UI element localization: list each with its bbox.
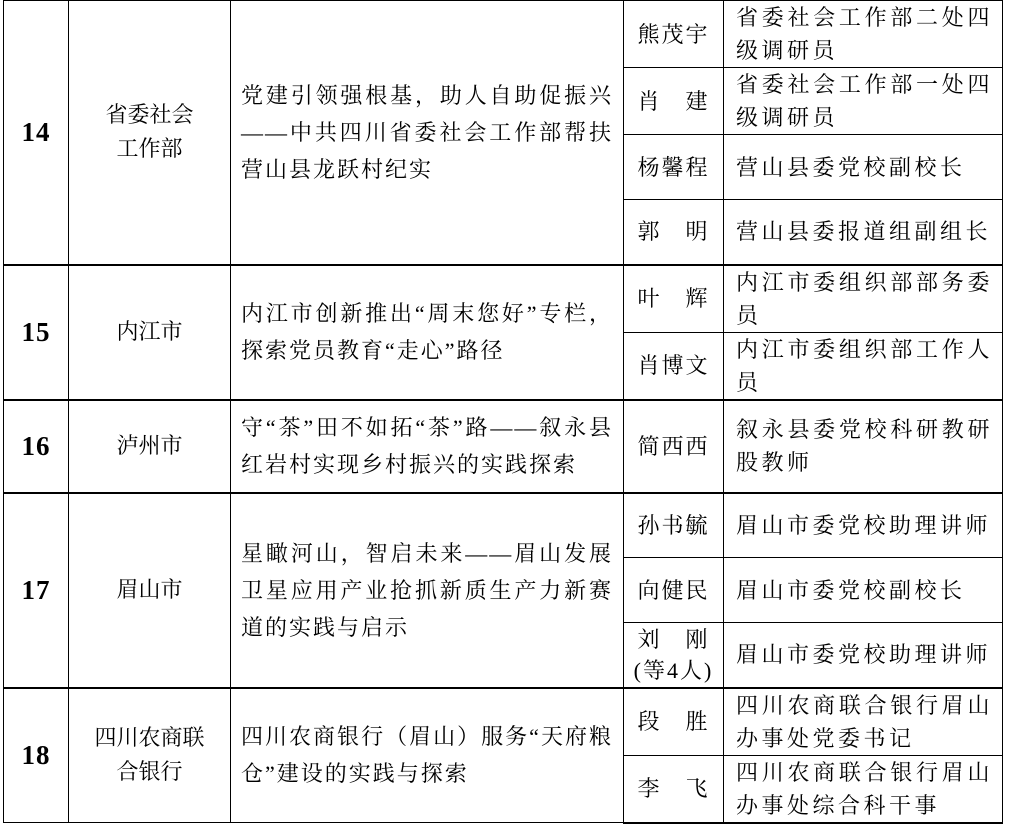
name-line: 熊茂宇: [626, 19, 721, 50]
award-table-body: 14省委社会工作部党建引领强根基，助人自助促振兴——中共四川省委社会工作部帮扶营…: [4, 1, 1003, 823]
name-cell: 肖 建: [624, 68, 724, 135]
position-cell: 眉山市委党校助理讲师: [724, 623, 1003, 688]
position-cell: 眉山市委党校副校长: [724, 558, 1003, 623]
name-cell: 李 飞: [624, 755, 724, 823]
org-line: 内江市: [73, 315, 226, 349]
name-line: 段 胜: [626, 706, 721, 737]
table-row: 14省委社会工作部党建引领强根基，助人自助促振兴——中共四川省委社会工作部帮扶营…: [4, 1, 1003, 68]
position-cell: 营山县委党校副校长: [724, 135, 1003, 200]
name-line: 简西西: [626, 431, 721, 462]
title-cell: 内江市创新推出“周末您好”专栏，探索党员教育“走心”路径: [231, 265, 624, 400]
document-table-region: 14省委社会工作部党建引领强根基，助人自助促振兴——中共四川省委社会工作部帮扶营…: [3, 0, 1003, 824]
name-line: 刘 刚: [626, 624, 721, 655]
title-cell: 党建引领强根基，助人自助促振兴——中共四川省委社会工作部帮扶营山县龙跃村纪实: [231, 1, 624, 265]
name-cell: 熊茂宇: [624, 1, 724, 68]
org-cell: 眉山市: [69, 493, 231, 688]
row-number: 16: [4, 400, 69, 493]
name-cell: 简西西: [624, 400, 724, 493]
org-cell: 内江市: [69, 265, 231, 400]
org-line: 工作部: [73, 132, 226, 166]
name-line: 郭 明: [626, 216, 721, 247]
position-cell: 省委社会工作部一处四级调研员: [724, 68, 1003, 135]
name-line: 叶 辉: [626, 283, 721, 314]
name-line: 肖 建: [626, 86, 721, 117]
org-cell: 四川农商联合银行: [69, 688, 231, 823]
position-cell: 叙永县委党校科研教研股教师: [724, 400, 1003, 493]
row-number: 17: [4, 493, 69, 688]
name-cell: 孙书毓: [624, 493, 724, 558]
row-number: 18: [4, 688, 69, 823]
position-cell: 内江市委组织部工作人员: [724, 332, 1003, 400]
name-cell: 刘 刚(等4人): [624, 623, 724, 688]
name-cell: 郭 明: [624, 200, 724, 265]
org-line: 眉山市: [73, 573, 226, 607]
name-line: 杨馨程: [626, 152, 721, 183]
award-table: 14省委社会工作部党建引领强根基，助人自助促振兴——中共四川省委社会工作部帮扶营…: [3, 0, 1003, 824]
name-line: 肖博文: [626, 350, 721, 381]
org-line: 合银行: [73, 755, 226, 789]
title-cell: 四川农商银行（眉山）服务“天府粮仓”建设的实践与探索: [231, 688, 624, 823]
position-cell: 四川农商联合银行眉山办事处综合科干事: [724, 755, 1003, 823]
position-cell: 眉山市委党校助理讲师: [724, 493, 1003, 558]
table-row: 18四川农商联合银行四川农商银行（眉山）服务“天府粮仓”建设的实践与探索段 胜四…: [4, 688, 1003, 756]
row-number: 14: [4, 1, 69, 265]
name-line: (等4人): [626, 655, 721, 686]
org-line: 泸州市: [73, 429, 226, 463]
org-cell: 省委社会工作部: [69, 1, 231, 265]
table-row: 17眉山市星瞰河山，智启未来——眉山发展卫星应用产业抢抓新质生产力新赛道的实践与…: [4, 493, 1003, 558]
name-cell: 杨馨程: [624, 135, 724, 200]
name-cell: 向健民: [624, 558, 724, 623]
table-row: 16泸州市守“茶”田不如拓“茶”路——叙永县红岩村实现乡村振兴的实践探索简西西叙…: [4, 400, 1003, 493]
name-line: 李 飞: [626, 773, 721, 804]
name-cell: 段 胜: [624, 688, 724, 756]
table-row: 15内江市内江市创新推出“周末您好”专栏，探索党员教育“走心”路径叶 辉内江市委…: [4, 265, 1003, 333]
org-line: 省委社会: [73, 98, 226, 132]
name-line: 孙书毓: [626, 510, 721, 541]
position-cell: 省委社会工作部二处四级调研员: [724, 1, 1003, 68]
org-cell: 泸州市: [69, 400, 231, 493]
name-line: 向健民: [626, 575, 721, 606]
title-cell: 星瞰河山，智启未来——眉山发展卫星应用产业抢抓新质生产力新赛道的实践与启示: [231, 493, 624, 688]
org-line: 四川农商联: [73, 721, 226, 755]
position-cell: 四川农商联合银行眉山办事处党委书记: [724, 688, 1003, 756]
name-cell: 肖博文: [624, 332, 724, 400]
name-cell: 叶 辉: [624, 265, 724, 333]
row-number: 15: [4, 265, 69, 400]
title-cell: 守“茶”田不如拓“茶”路——叙永县红岩村实现乡村振兴的实践探索: [231, 400, 624, 493]
position-cell: 内江市委组织部部务委员: [724, 265, 1003, 333]
position-cell: 营山县委报道组副组长: [724, 200, 1003, 265]
